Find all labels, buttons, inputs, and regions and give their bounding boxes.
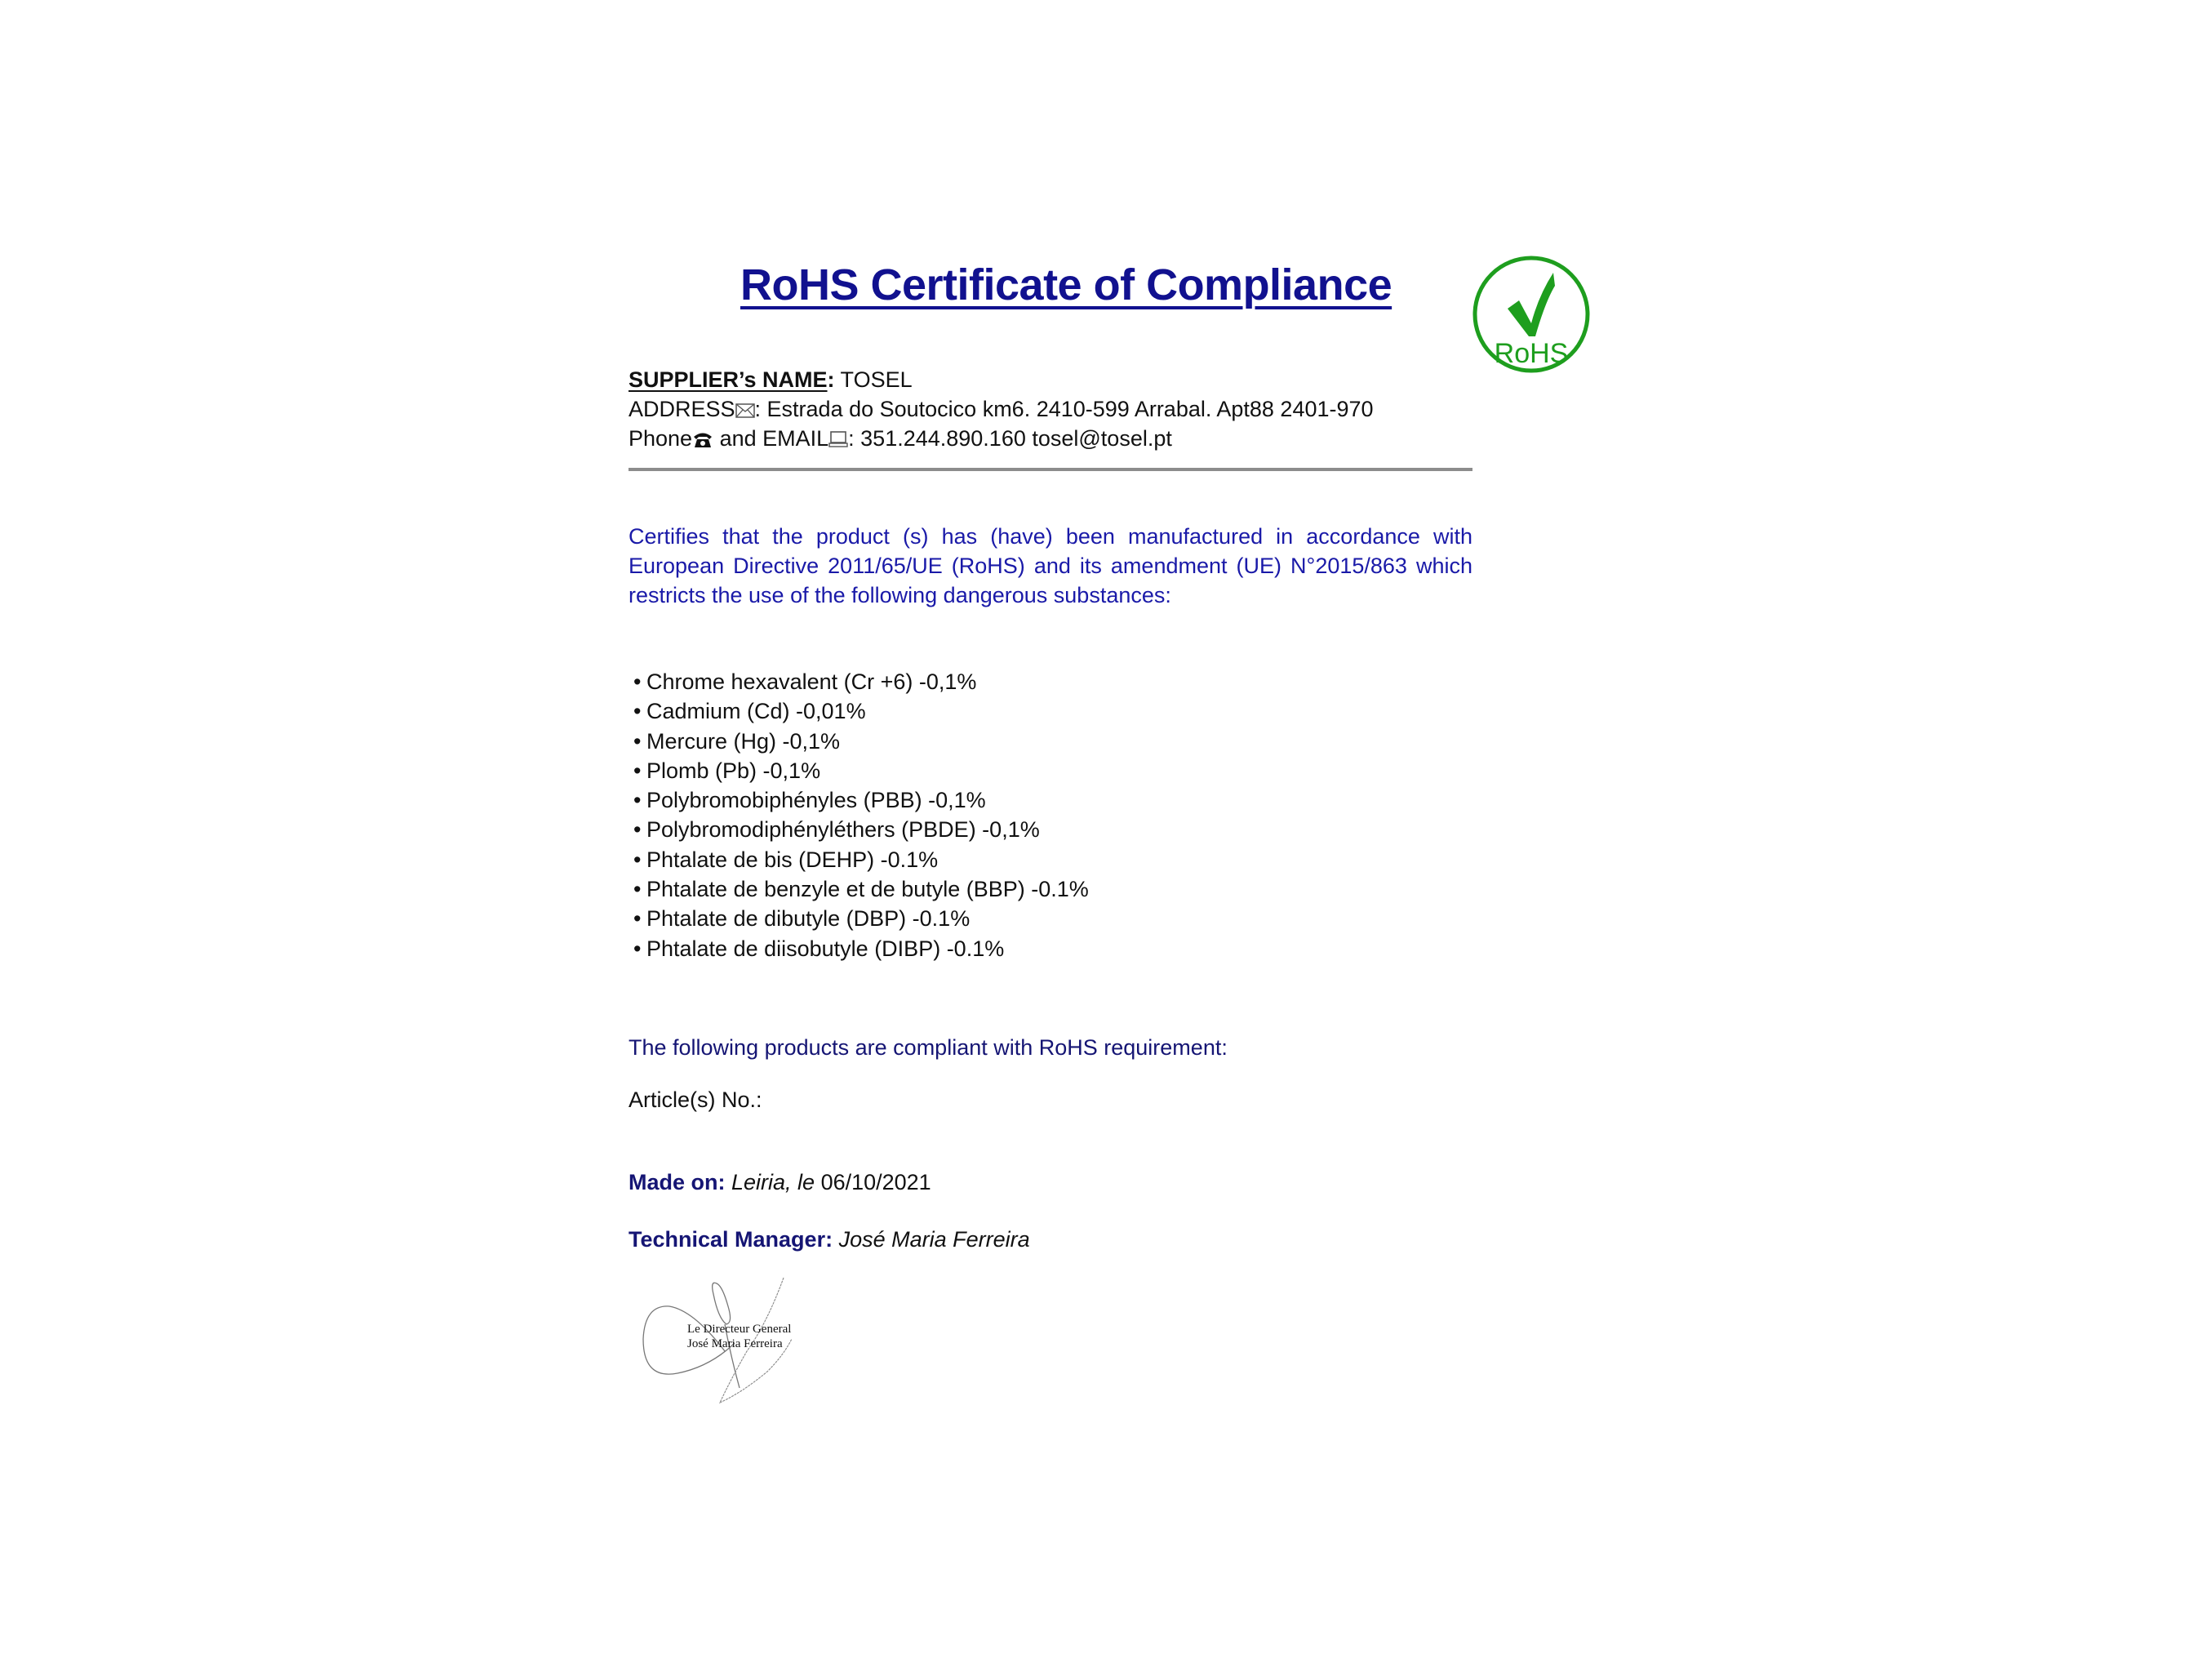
rohs-logo: RoHS [1472, 255, 1591, 374]
address-value: : Estrada do Soutocico km6. 2410-599 Arr… [755, 397, 1374, 421]
bullet-icon: • [629, 934, 646, 963]
bullet-icon: • [629, 845, 646, 874]
signature: Le Directeur General José Maria Ferreira [629, 1274, 841, 1429]
list-item: •Plomb (Pb) -0,1% [629, 756, 1089, 785]
technical-manager-label: Technical Manager: [629, 1227, 833, 1252]
technical-manager-name: José Maria Ferreira [833, 1227, 1030, 1252]
bullet-icon: • [629, 815, 646, 844]
list-item: •Cadmium (Cd) -0,01% [629, 696, 1089, 726]
made-on-line: Made on: Leiria, le 06/10/2021 [629, 1168, 931, 1197]
list-item: •Phtalate de dibutyle (DBP) -0.1% [629, 904, 1089, 933]
svg-text:RoHS: RoHS [1495, 338, 1569, 369]
contact-value: : 351.244.890.160 tosel@tosel.pt [848, 426, 1172, 451]
envelope-icon [735, 397, 755, 426]
divider [629, 468, 1472, 471]
certificate-page: RoHS Certificate of Compliance RoHS SUPP… [0, 0, 2212, 1659]
supplier-address-line: ADDRESS: Estrada do Soutocico km6. 2410-… [629, 394, 1374, 426]
bullet-icon: • [629, 756, 646, 785]
made-on-date: 06/10/2021 [815, 1170, 931, 1194]
list-item: •Mercure (Hg) -0,1% [629, 727, 1089, 756]
email-connector: and EMAIL [713, 426, 828, 451]
compliance-statement: The following products are compliant wit… [629, 1033, 1228, 1062]
bullet-icon: • [629, 904, 646, 933]
list-item: •Chrome hexavalent (Cr +6) -0,1% [629, 667, 1089, 696]
substances-list: •Chrome hexavalent (Cr +6) -0,1% •Cadmiu… [629, 667, 1089, 963]
supplier-name-value: TOSEL [835, 367, 913, 392]
list-item: •Phtalate de bis (DEHP) -0.1% [629, 845, 1089, 874]
list-item: •Phtalate de diisobutyle (DIBP) -0.1% [629, 934, 1089, 963]
articles-line: Article(s) No.: [629, 1085, 762, 1114]
signature-name: José Maria Ferreira [687, 1337, 783, 1351]
list-item: •Phtalate de benzyle et de butyle (BBP) … [629, 874, 1089, 904]
telephone-icon [692, 426, 713, 456]
certification-statement: Certifies that the product (s) has (have… [629, 522, 1472, 610]
rohs-checkmark-icon: RoHS [1472, 255, 1591, 374]
supplier-name-label: SUPPLIER’s NAME [629, 367, 828, 392]
bullet-icon: • [629, 785, 646, 815]
address-label: ADDRESS [629, 397, 735, 421]
bullet-icon: • [629, 874, 646, 904]
signature-scribble-icon [629, 1274, 841, 1429]
bullet-icon: • [629, 727, 646, 756]
bullet-icon: • [629, 696, 646, 726]
bullet-icon: • [629, 667, 646, 696]
supplier-contact-line: Phone and EMAIL: 351.244.890.160 tosel@t… [629, 424, 1172, 456]
supplier-name-line: SUPPLIER’s NAME: TOSEL [629, 365, 913, 394]
page-title: RoHS Certificate of Compliance [740, 260, 1392, 310]
articles-label: Article(s) No.: [629, 1087, 762, 1112]
list-item: •Polybromodiphényléthers (PBDE) -0,1% [629, 815, 1089, 844]
phone-label: Phone [629, 426, 692, 451]
list-item: •Polybromobiphényles (PBB) -0,1% [629, 785, 1089, 815]
computer-icon [828, 426, 848, 456]
technical-manager-line: Technical Manager: José Maria Ferreira [629, 1225, 1030, 1254]
made-on-label: Made on: [629, 1170, 726, 1194]
made-on-place: Leiria, le [726, 1170, 815, 1194]
signature-title: Le Directeur General [687, 1322, 791, 1337]
